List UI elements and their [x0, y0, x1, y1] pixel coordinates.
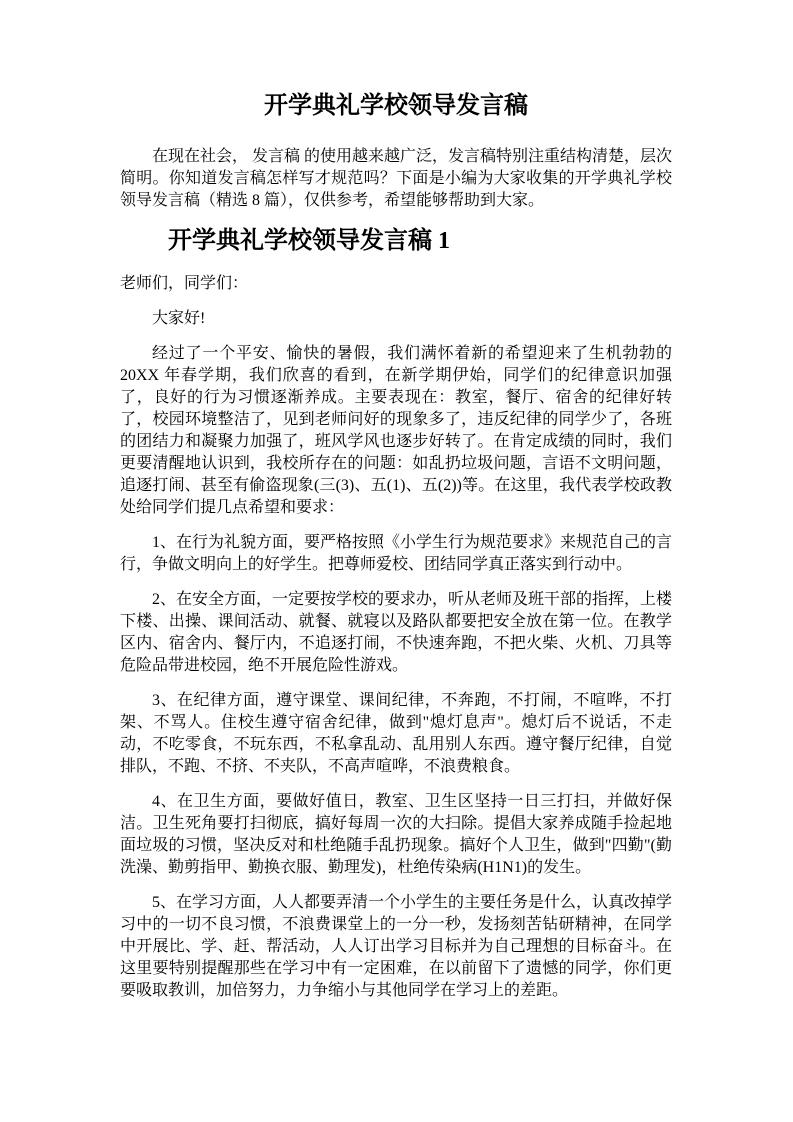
point-4-paragraph: 4、在卫生方面，要做好值日，教室、卫生区坚持一日三打扫，并做好保洁。卫生死角要打…	[120, 791, 672, 879]
point-5-paragraph: 5、在学习方面，人人都要弄清一个小学生的主要任务是什么，认真改掉学习中的一切不良…	[120, 892, 672, 1002]
point-1-paragraph: 1、在行为礼貌方面，要严格按照《小学生行为规范要求》来规范自己的言行，争做文明向…	[120, 532, 672, 576]
greeting-paragraph: 大家好!	[120, 308, 672, 330]
point-2-paragraph: 2、在安全方面，一定要按学校的要求办，听从老师及班干部的指挥，上楼下楼、出操、课…	[120, 589, 672, 677]
document-title: 开学典礼学校领导发言稿	[120, 90, 672, 122]
intro-paragraph: 在现在社会， 发言稿 的使用越来越广泛，发言稿特别注重结构清楚，层次简明。你知道…	[120, 146, 672, 212]
salutation-paragraph: 老师们，同学们：	[120, 273, 672, 295]
section-title: 开学典礼学校领导发言稿 1	[120, 225, 672, 257]
document-page: 开学典礼学校领导发言稿 在现在社会， 发言稿 的使用越来越广泛，发言稿特别注重结…	[0, 0, 793, 1122]
point-3-paragraph: 3、在纪律方面，遵守课堂、课间纪律，不奔跑，不打闹，不喧哗，不打架、不骂人。住校…	[120, 690, 672, 778]
overview-paragraph: 经过了一个平安、愉快的暑假，我们满怀着新的希望迎来了生机勃勃的20XX 年春学期…	[120, 343, 672, 519]
